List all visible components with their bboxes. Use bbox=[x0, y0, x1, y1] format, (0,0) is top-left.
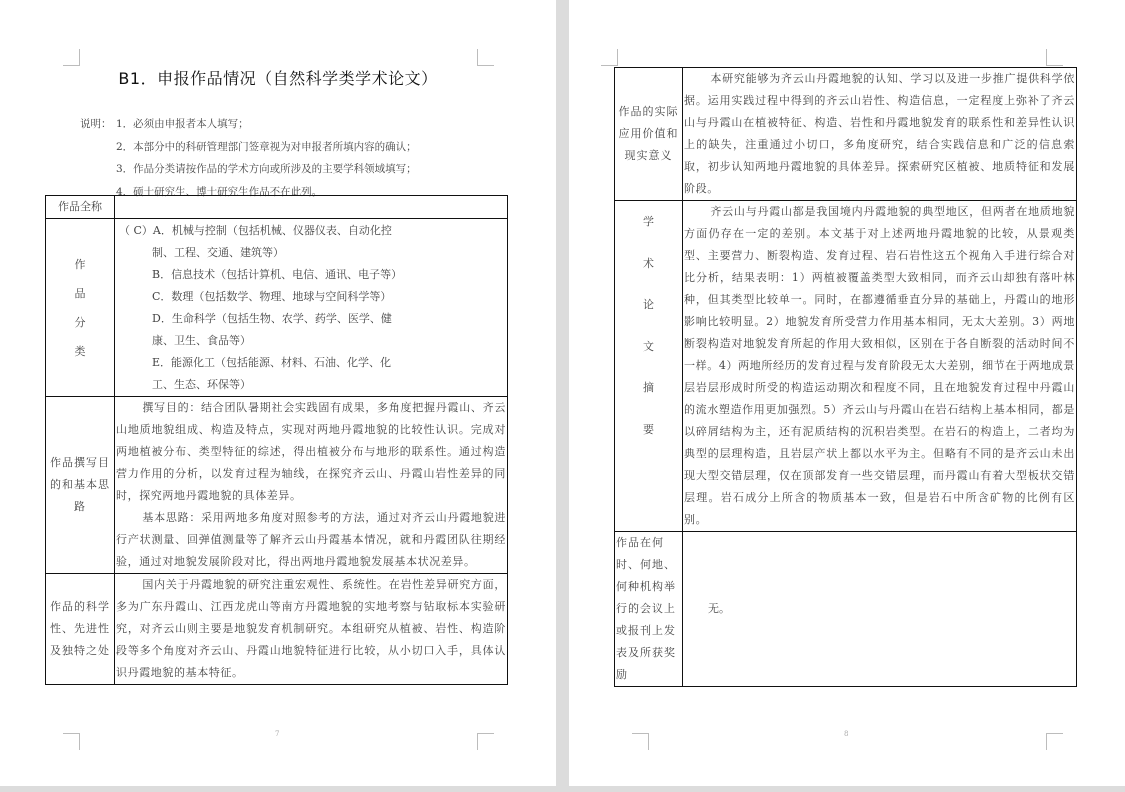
instructions-lead: 说明： bbox=[80, 113, 116, 136]
margin-corner-mark bbox=[63, 49, 80, 66]
abstract-content[interactable]: 齐云山与丹霞山都是我国境内丹霞地貌的典型地区，但两者在地质地貌方面仍存在一定的差… bbox=[683, 201, 1077, 532]
novelty-label: 作品的科学性、先进性及独特之处 bbox=[46, 574, 115, 685]
application-form-table: 作品全称 作 品 分 类 （ C）A．机械与控制（包括机械、仪器仪表、自动化控 … bbox=[45, 195, 508, 685]
category-option-e: E．能源化工（包括能源、材料、石油、化学、化 bbox=[115, 352, 507, 374]
page-number: 7 bbox=[275, 730, 279, 738]
full-name-label: 作品全称 bbox=[46, 196, 115, 219]
category-option-d: D．生命科学（包括生物、农学、药学、医学、健 bbox=[115, 308, 507, 330]
row-practical-value: 作品的实际应用价值和现实意义 本研究能够为齐云山丹霞地貌的认知、学习以及进一步推… bbox=[615, 68, 1077, 201]
publication-value: 无。 bbox=[708, 602, 730, 615]
margin-corner-mark bbox=[63, 733, 80, 750]
instruction-item: 1．必须由申报者本人填写； bbox=[116, 118, 249, 130]
practical-value-content[interactable]: 本研究能够为齐云山丹霞地貌的认知、学习以及进一步推广提供科学依据。运用实践过程中… bbox=[683, 68, 1077, 201]
abstract-label: 学 术 论 文 摘 要 bbox=[615, 201, 683, 532]
full-name-field[interactable] bbox=[115, 196, 508, 219]
instruction-item: 2．本部分中的科研管理部门签章视为对申报者所填内容的确认； bbox=[116, 141, 417, 153]
row-publication: 作品在何时、何地、何种机构举行的会议上或报刊上发表及所获奖励 无。 bbox=[615, 532, 1077, 687]
page-title: B1．申报作品情况（自然科学类学术论文） bbox=[0, 66, 556, 89]
practical-value-paragraph: 本研究能够为齐云山丹霞地貌的认知、学习以及进一步推广提供科学依据。运用实践过程中… bbox=[684, 68, 1075, 200]
category-option-a-cont: 制、工程、交通、建筑等） bbox=[115, 242, 507, 264]
margin-corner-mark bbox=[1046, 733, 1063, 750]
row-category: 作 品 分 类 （ C）A．机械与控制（包括机械、仪器仪表、自动化控 制、工程、… bbox=[46, 219, 508, 397]
abstract-paragraph: 齐云山与丹霞山都是我国境内丹霞地貌的典型地区，但两者在地质地貌方面仍存在一定的差… bbox=[684, 201, 1075, 531]
margin-corner-mark bbox=[477, 49, 494, 66]
document-page-7: 7 B1．申报作品情况（自然科学类学术论文） 说明：1．必须由申报者本人填写； … bbox=[0, 0, 556, 786]
row-full-name: 作品全称 bbox=[46, 196, 508, 219]
category-option-b: B．信息技术（包括计算机、电信、通讯、电子等） bbox=[115, 264, 507, 286]
novelty-content[interactable]: 国内关于丹霞地貌的研究注重宏观性、系统性。在岩性差异研究方面，多为广东丹霞山、江… bbox=[115, 574, 508, 685]
category-label: 作 品 分 类 bbox=[46, 219, 115, 397]
publication-content[interactable]: 无。 bbox=[683, 532, 1077, 687]
approach-paragraph: 基本思路：采用两地多角度对照参考的方法，通过对齐云山丹霞地貌进行产状测量、回弹值… bbox=[116, 507, 506, 573]
margin-corner-mark bbox=[601, 49, 618, 66]
row-abstract: 学 术 论 文 摘 要 齐云山与丹霞山都是我国境内丹霞地貌的典型地区，但两者在地… bbox=[615, 201, 1077, 532]
purpose-label: 作品撰写目的和基本思路 bbox=[46, 397, 115, 574]
category-option-a: A．机械与控制（包括机械、仪器仪表、自动化控 bbox=[153, 224, 392, 237]
row-purpose: 作品撰写目的和基本思路 撰写目的：结合团队暑期社会实践固有成果，多角度把握丹霞山… bbox=[46, 397, 508, 574]
instruction-item: 3．作品分类请按作品的学术方向或所涉及的主要学科领域填写； bbox=[116, 163, 417, 175]
novelty-paragraph: 国内关于丹霞地貌的研究注重宏观性、系统性。在岩性差异研究方面，多为广东丹霞山、江… bbox=[116, 574, 506, 684]
purpose-paragraph: 撰写目的：结合团队暑期社会实践固有成果，多角度把握丹霞山、齐云山地质地貌组成、构… bbox=[116, 397, 506, 507]
row-novelty: 作品的科学性、先进性及独特之处 国内关于丹霞地貌的研究注重宏观性、系统性。在岩性… bbox=[46, 574, 508, 685]
publication-label: 作品在何时、何地、何种机构举行的会议上或报刊上发表及所获奖励 bbox=[615, 532, 683, 687]
purpose-content[interactable]: 撰写目的：结合团队暑期社会实践固有成果，多角度把握丹霞山、齐云山地质地貌组成、构… bbox=[115, 397, 508, 574]
category-selected-value[interactable]: （ C） bbox=[119, 224, 153, 237]
margin-corner-mark bbox=[477, 733, 494, 750]
category-option-c: C．数理（包括数学、物理、地球与空间科学等） bbox=[115, 286, 507, 308]
page-number: 8 bbox=[844, 730, 848, 738]
category-option-e-cont: 工、生态、环保等） bbox=[115, 374, 507, 396]
category-option-d-cont: 康、卫生、食品等） bbox=[115, 330, 507, 352]
margin-corner-mark bbox=[1046, 49, 1063, 66]
practical-value-label: 作品的实际应用价值和现实意义 bbox=[615, 68, 683, 201]
application-form-table-continued: 作品的实际应用价值和现实意义 本研究能够为齐云山丹霞地貌的认知、学习以及进一步推… bbox=[614, 67, 1077, 687]
category-options: （ C）A．机械与控制（包括机械、仪器仪表、自动化控 制、工程、交通、建筑等） … bbox=[115, 219, 508, 397]
margin-corner-mark bbox=[632, 733, 649, 750]
instructions: 说明：1．必须由申报者本人填写； 2．本部分中的科研管理部门签章视为对申报者所填… bbox=[80, 113, 417, 203]
